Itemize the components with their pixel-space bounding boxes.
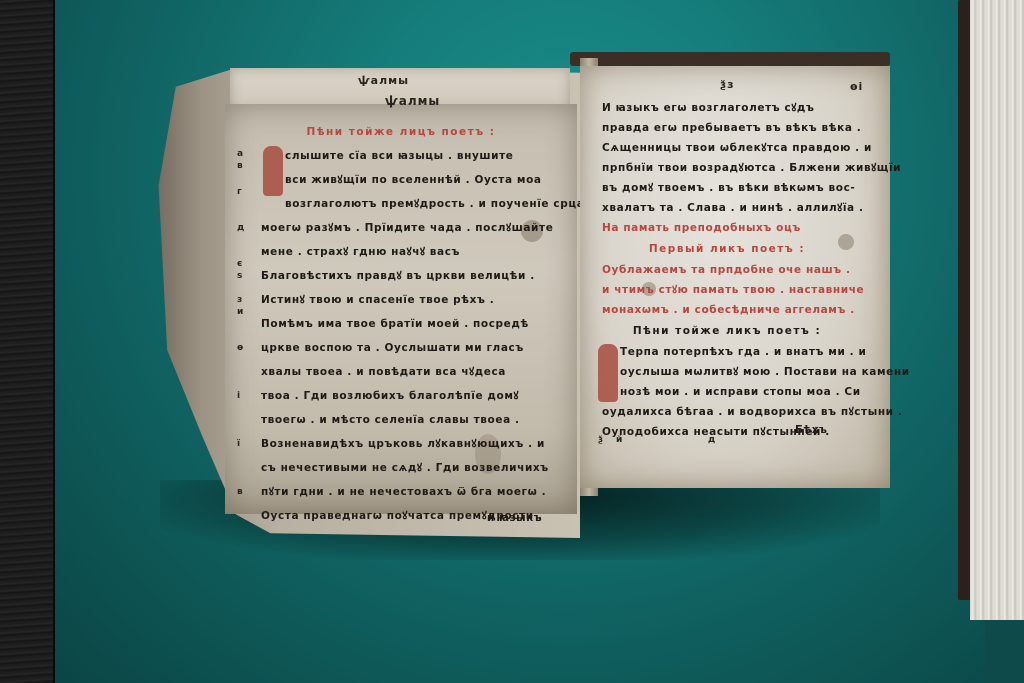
rubric-line: Оублажаемъ та прпдобне оче нашъ .: [602, 260, 852, 280]
rubric-heading: Первый ликъ поетъ :: [602, 238, 852, 260]
text-line: съ нечестивыми не сѧдꙋ . Гди возвеличихъ: [261, 456, 561, 480]
text-line: Терпа потерпѣхъ гда . и внатъ ми . и: [602, 342, 852, 362]
text-line: моегѡ разꙋмъ . Прїидите чада . послꙋшайт…: [261, 216, 561, 240]
text-line: Истинꙋ твою и спасенїе твое рѣхъ .: [261, 288, 561, 312]
text-line: возглаголютъ премꙋдрость . и поученїе ср…: [261, 192, 561, 216]
catchword: и ꙗзыкъ: [487, 512, 542, 524]
catchword: Бѣхъ: [795, 424, 827, 436]
text-line: прпбнїи твои возрадꙋютса . Блжени живꙋщї…: [602, 158, 852, 178]
text-line: твоегѡ . и мѣсто селенїа славы твоеа .: [261, 408, 561, 432]
bottom-mark: д: [708, 434, 715, 446]
text-line: оудалихса бѣгаа . и водворихса въ пꙋстын…: [602, 402, 852, 422]
underlying-page-header: ѱалмы: [358, 74, 409, 87]
text-line: Помѣмъ има твое братїи моей . посредѣ: [261, 312, 561, 336]
page-number: ѯз: [720, 78, 735, 91]
adjacent-book-pages: [970, 0, 1024, 620]
rubric-line: На памать преподобныхъ оцъ: [602, 218, 852, 238]
page-header: ѱалмы: [385, 94, 440, 108]
bottom-mark: ѯ: [598, 434, 603, 446]
text-line: црквe воспою та . Оуслышати ми гласъ: [261, 336, 561, 360]
text-line: твоа . Гди возлюбихъ благолѣпїе домꙋ: [261, 384, 561, 408]
left-page-text: слышите сїа вси ꙗзыцы . внушите вси живꙋ…: [261, 144, 561, 528]
book-cover-edge: [570, 52, 890, 66]
rubric-heading: Пѣни тойже лицъ поетъ :: [225, 126, 577, 138]
text-line: правда егѡ пребываетъ въ вѣкъ вѣка .: [602, 118, 852, 138]
text-line: Благовѣстихъ правдꙋ въ цркви велицѣи .: [261, 264, 561, 288]
rubric-line: и чтимъ стꙋю памать твою . наставниче: [602, 280, 852, 300]
adjacent-book-edge: [958, 0, 1024, 610]
bottom-mark: й: [616, 434, 622, 446]
text-line: вси живꙋщїи по вселеннѣй . Оуста моа: [261, 168, 561, 192]
rubric-line: монахѡмъ . и собесѣдниче аггеламъ .: [602, 300, 852, 320]
right-page-text: И ꙗзыкъ егѡ возглаголетъ сꙋдъ правда егѡ…: [602, 98, 852, 442]
dark-wood-surface: [0, 0, 56, 683]
text-line: И ꙗзыкъ егѡ возглаголетъ сꙋдъ: [602, 98, 852, 118]
text-line: Сѧщенницы твои ѡблекꙋтса правдою . и: [602, 138, 852, 158]
left-page: ѱалмы Пѣни тойже лицъ поетъ : авгдєѕзиѳі…: [225, 104, 577, 514]
text-line: мене . страхꙋ гдню наꙋчꙋ васъ: [261, 240, 561, 264]
right-page: ѯз ѳі И ꙗзыкъ егѡ возглаголетъ сꙋдъ прав…: [580, 66, 890, 488]
text-line: хвалы твоеа . и повѣдати вса чꙋдеса: [261, 360, 561, 384]
margin-verse-numbers: авгдєѕзиѳіїв: [237, 148, 244, 498]
text-line: нозѣ мои . и исправи стопы моа . Си: [602, 382, 852, 402]
text-line: хвалатъ та . Слава . и нинѣ . аллилꙋїа .: [602, 198, 852, 218]
text-line: оуслыша мѡлитвꙋ мою . Постави на камени: [602, 362, 852, 382]
illuminated-initial: [598, 344, 618, 402]
text-line: пꙋти гдни . и не нечестовахъ ѿ бга моегѡ…: [261, 480, 561, 504]
rubric-heading: Пѣни тойже ликъ поетъ :: [602, 320, 852, 342]
open-book: ѱалмы ѱалмы Пѣни тойже лицъ поетъ : авгд…: [150, 52, 895, 542]
text-line: слышите сїа вси ꙗзыцы . внушите: [261, 144, 561, 168]
text-line: въ домꙋ твоемъ . въ вѣки вѣкѡмъ вос-: [602, 178, 852, 198]
folio-mark: ѳі: [850, 80, 863, 93]
text-line: Возненавидѣхъ цръковь лꙋкавнꙋющихъ . и: [261, 432, 561, 456]
